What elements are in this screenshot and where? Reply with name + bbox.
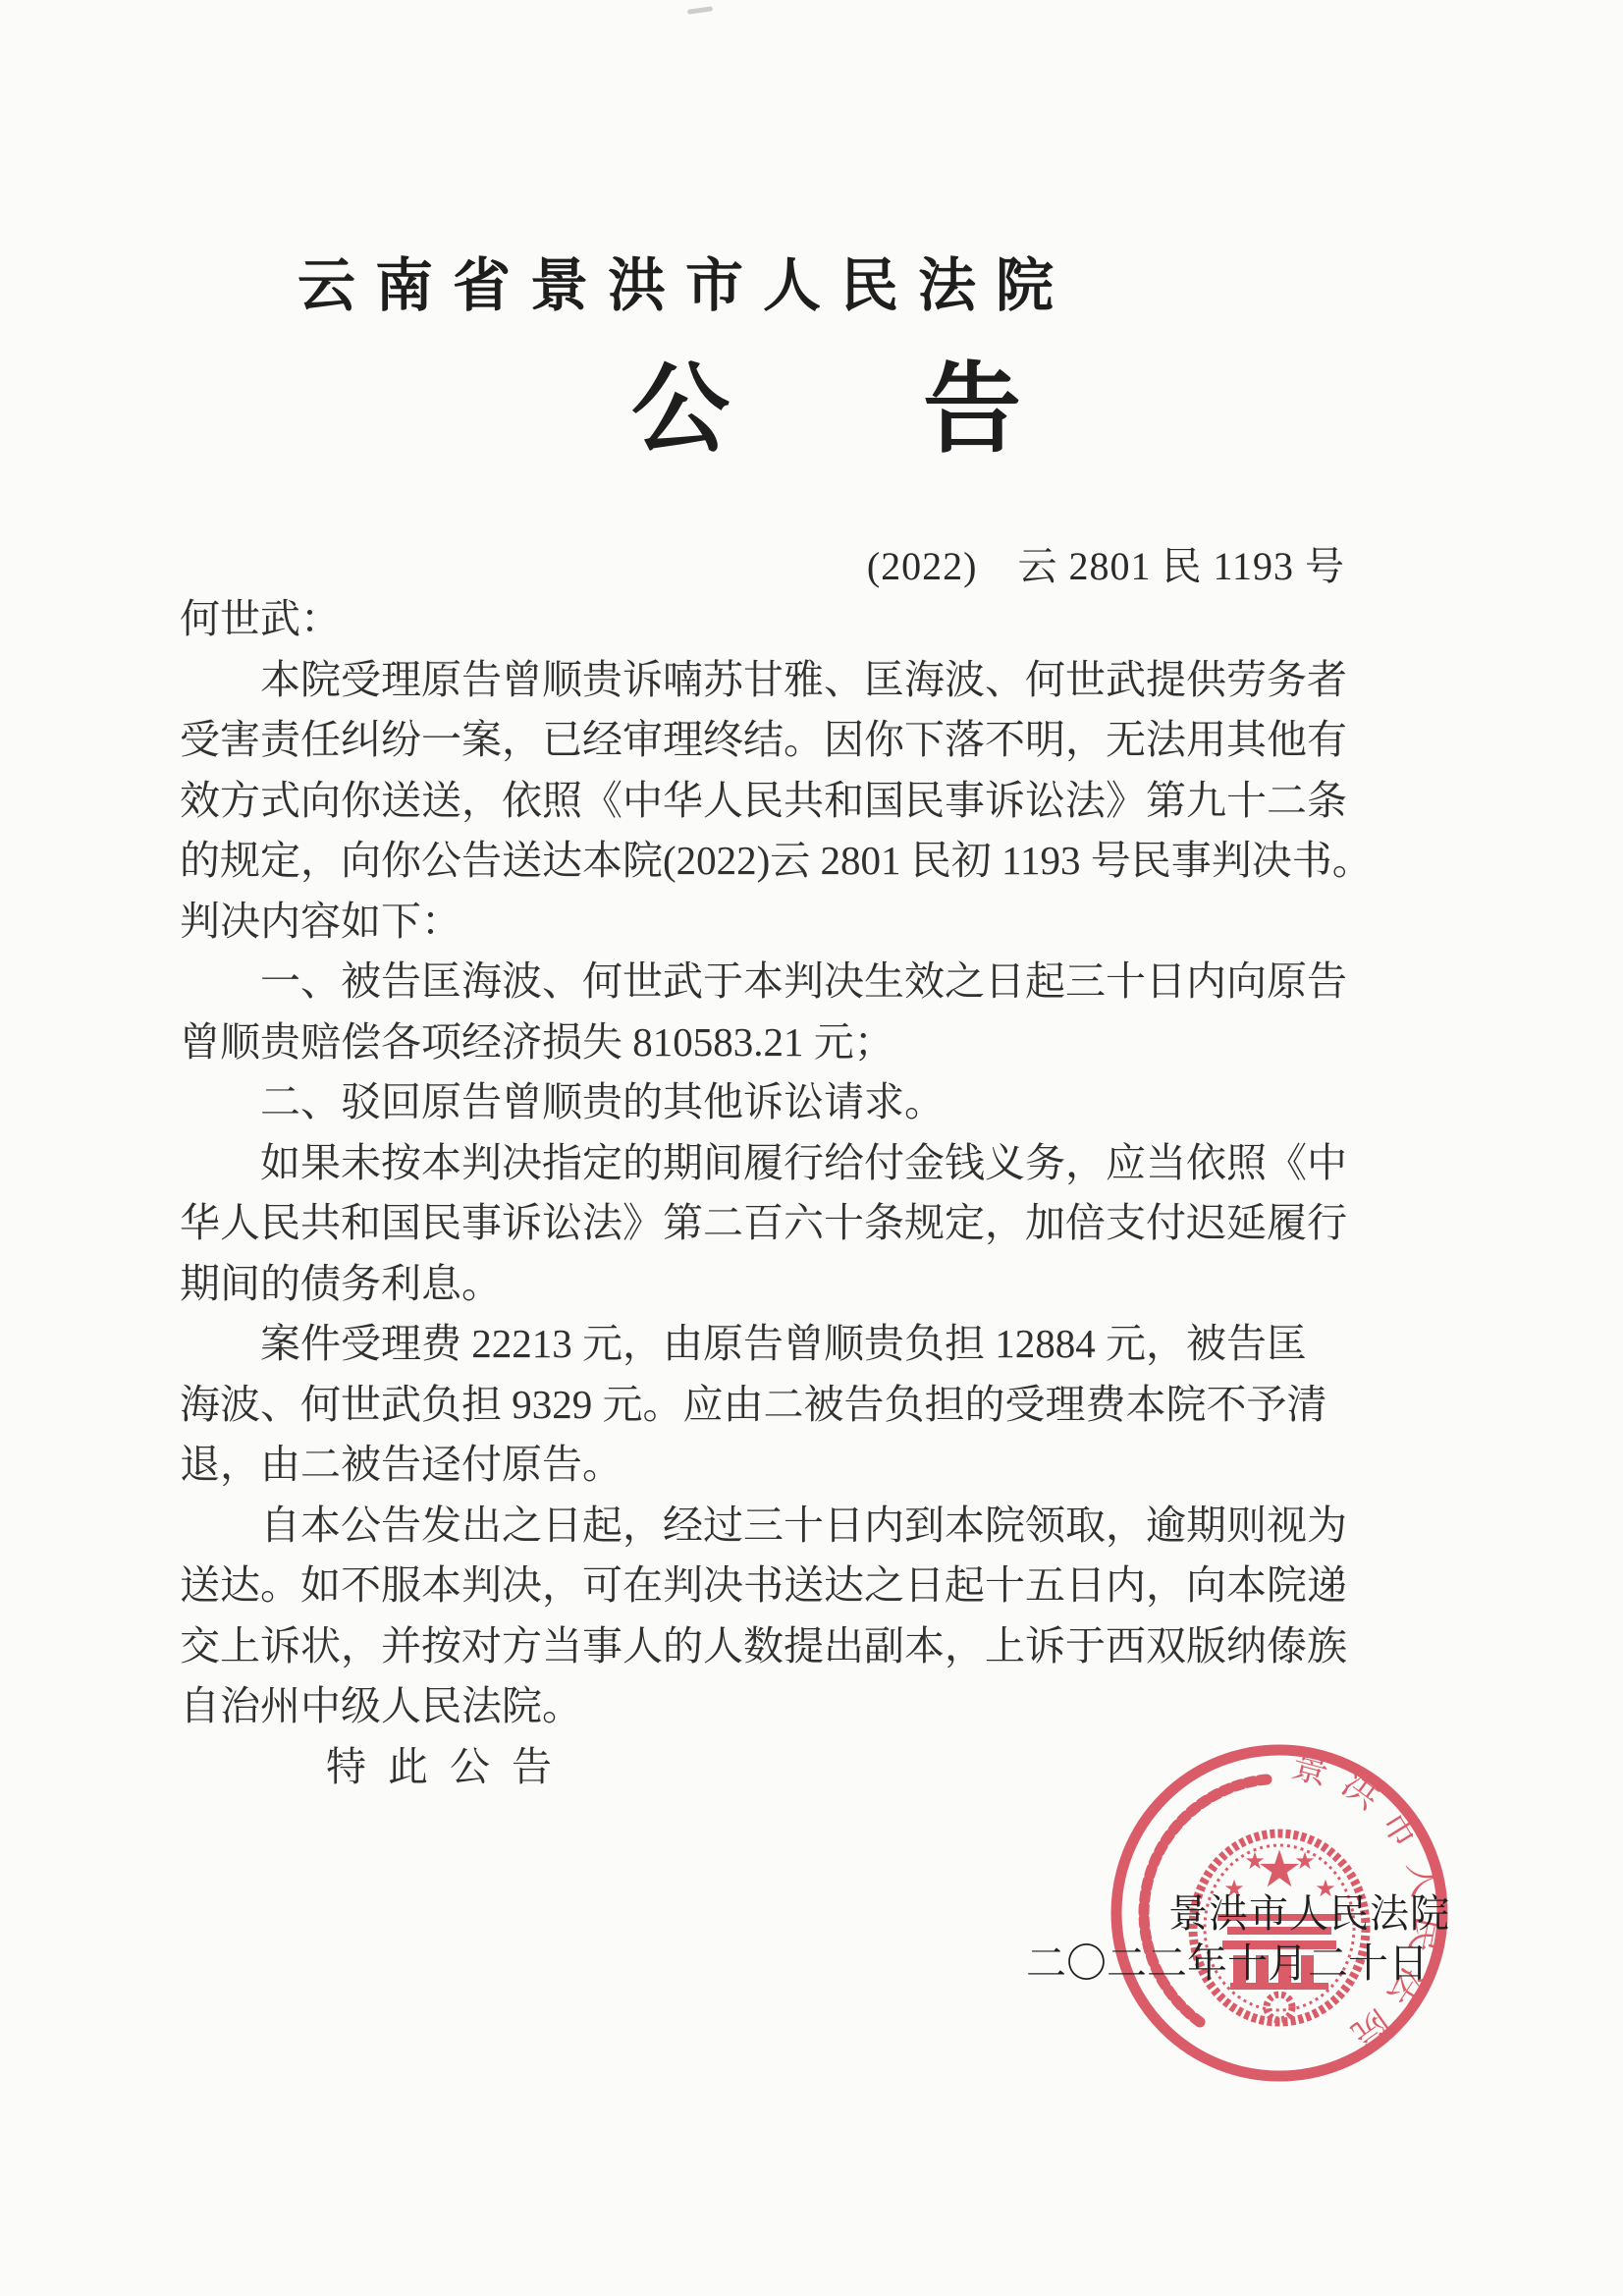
body-line: 效方式向你送送，依照《中华人民共和国民事诉讼法》第九十二条 <box>180 771 1387 832</box>
emblem-small-star-icon: ★ <box>1294 1849 1316 1875</box>
case-number: (2022) 云 2801 民 1193 号 <box>867 535 1345 591</box>
emblem-gear <box>1267 1995 1292 2020</box>
court-notice-page: 云南省景洪市人民法院 公告 (2022) 云 2801 民 1193 号 何世武… <box>0 0 1623 2296</box>
body-lines: 何世武：本院受理原告曾顺贵诉喃苏甘雅、匡海波、何世武提供劳务者受害责任纠纷一案，… <box>180 589 1387 1797</box>
scan-artifact <box>687 6 713 15</box>
body-line: 二、驳回原告曾顺贵的其他诉讼请求。 <box>180 1072 1387 1133</box>
body-line: 华人民共和国民事诉讼法》第二百六十条规定，加倍支付迟延履行 <box>180 1193 1387 1254</box>
body-line: 何世武： <box>180 589 1387 650</box>
body-line: 海波、何世武负担 9329 元。应由二被告负担的受理费本院不予清 <box>180 1375 1387 1436</box>
court-title: 云南省景洪市人民法院 <box>298 239 1073 322</box>
body-line: 的规定，向你公告送达本院(2022)云 2801 民初 1193 号民事判决书。 <box>180 831 1387 892</box>
body-line: 如果未按本判决指定的期间履行给付金钱义务，应当依照《中 <box>180 1133 1387 1194</box>
body-line: 曾顺贵赔偿各项经济损失 810583.21 元； <box>180 1012 1387 1073</box>
body-line: 自治州中级人民法院。 <box>180 1676 1387 1737</box>
notice-title: 公告 <box>631 361 1021 460</box>
body-line: 退，由二被告迳付原告。 <box>180 1435 1387 1496</box>
body-line: 自本公告发出之日起，经过三十日内到本院领取，逾期则视为 <box>180 1496 1387 1557</box>
notice-title-char: 告 <box>923 355 1021 465</box>
body-line: 期间的债务利息。 <box>180 1254 1387 1315</box>
body-line: 一、被告匡海波、何世武于本判决生效之日起三十日内向原告 <box>180 952 1387 1012</box>
body-line: 交上诉状，并按对方当事人的人数提出副本，上诉于西双版纳傣族 <box>180 1616 1387 1677</box>
body-line: 判决内容如下： <box>180 892 1387 953</box>
signature-date: 二〇二二年十月二十日 <box>1026 1931 1429 1989</box>
body-line: 本院受理原告曾顺贵诉喃苏甘雅、匡海波、何世武提供劳务者 <box>180 650 1387 711</box>
body-line: 送达。如不服本判决，可在判决书送达之日起十五日内，向本院递 <box>180 1556 1387 1616</box>
notice-title-char: 公 <box>631 355 730 465</box>
emblem-small-star-icon: ★ <box>1244 1849 1266 1875</box>
body-line: 受害责任纠纷一案，已经审理终结。因你下落不明，无法用其他有 <box>180 710 1387 771</box>
body-line: 案件受理费 22213 元，由原告曾顺贵负担 12884 元，被告匡 <box>180 1314 1387 1375</box>
